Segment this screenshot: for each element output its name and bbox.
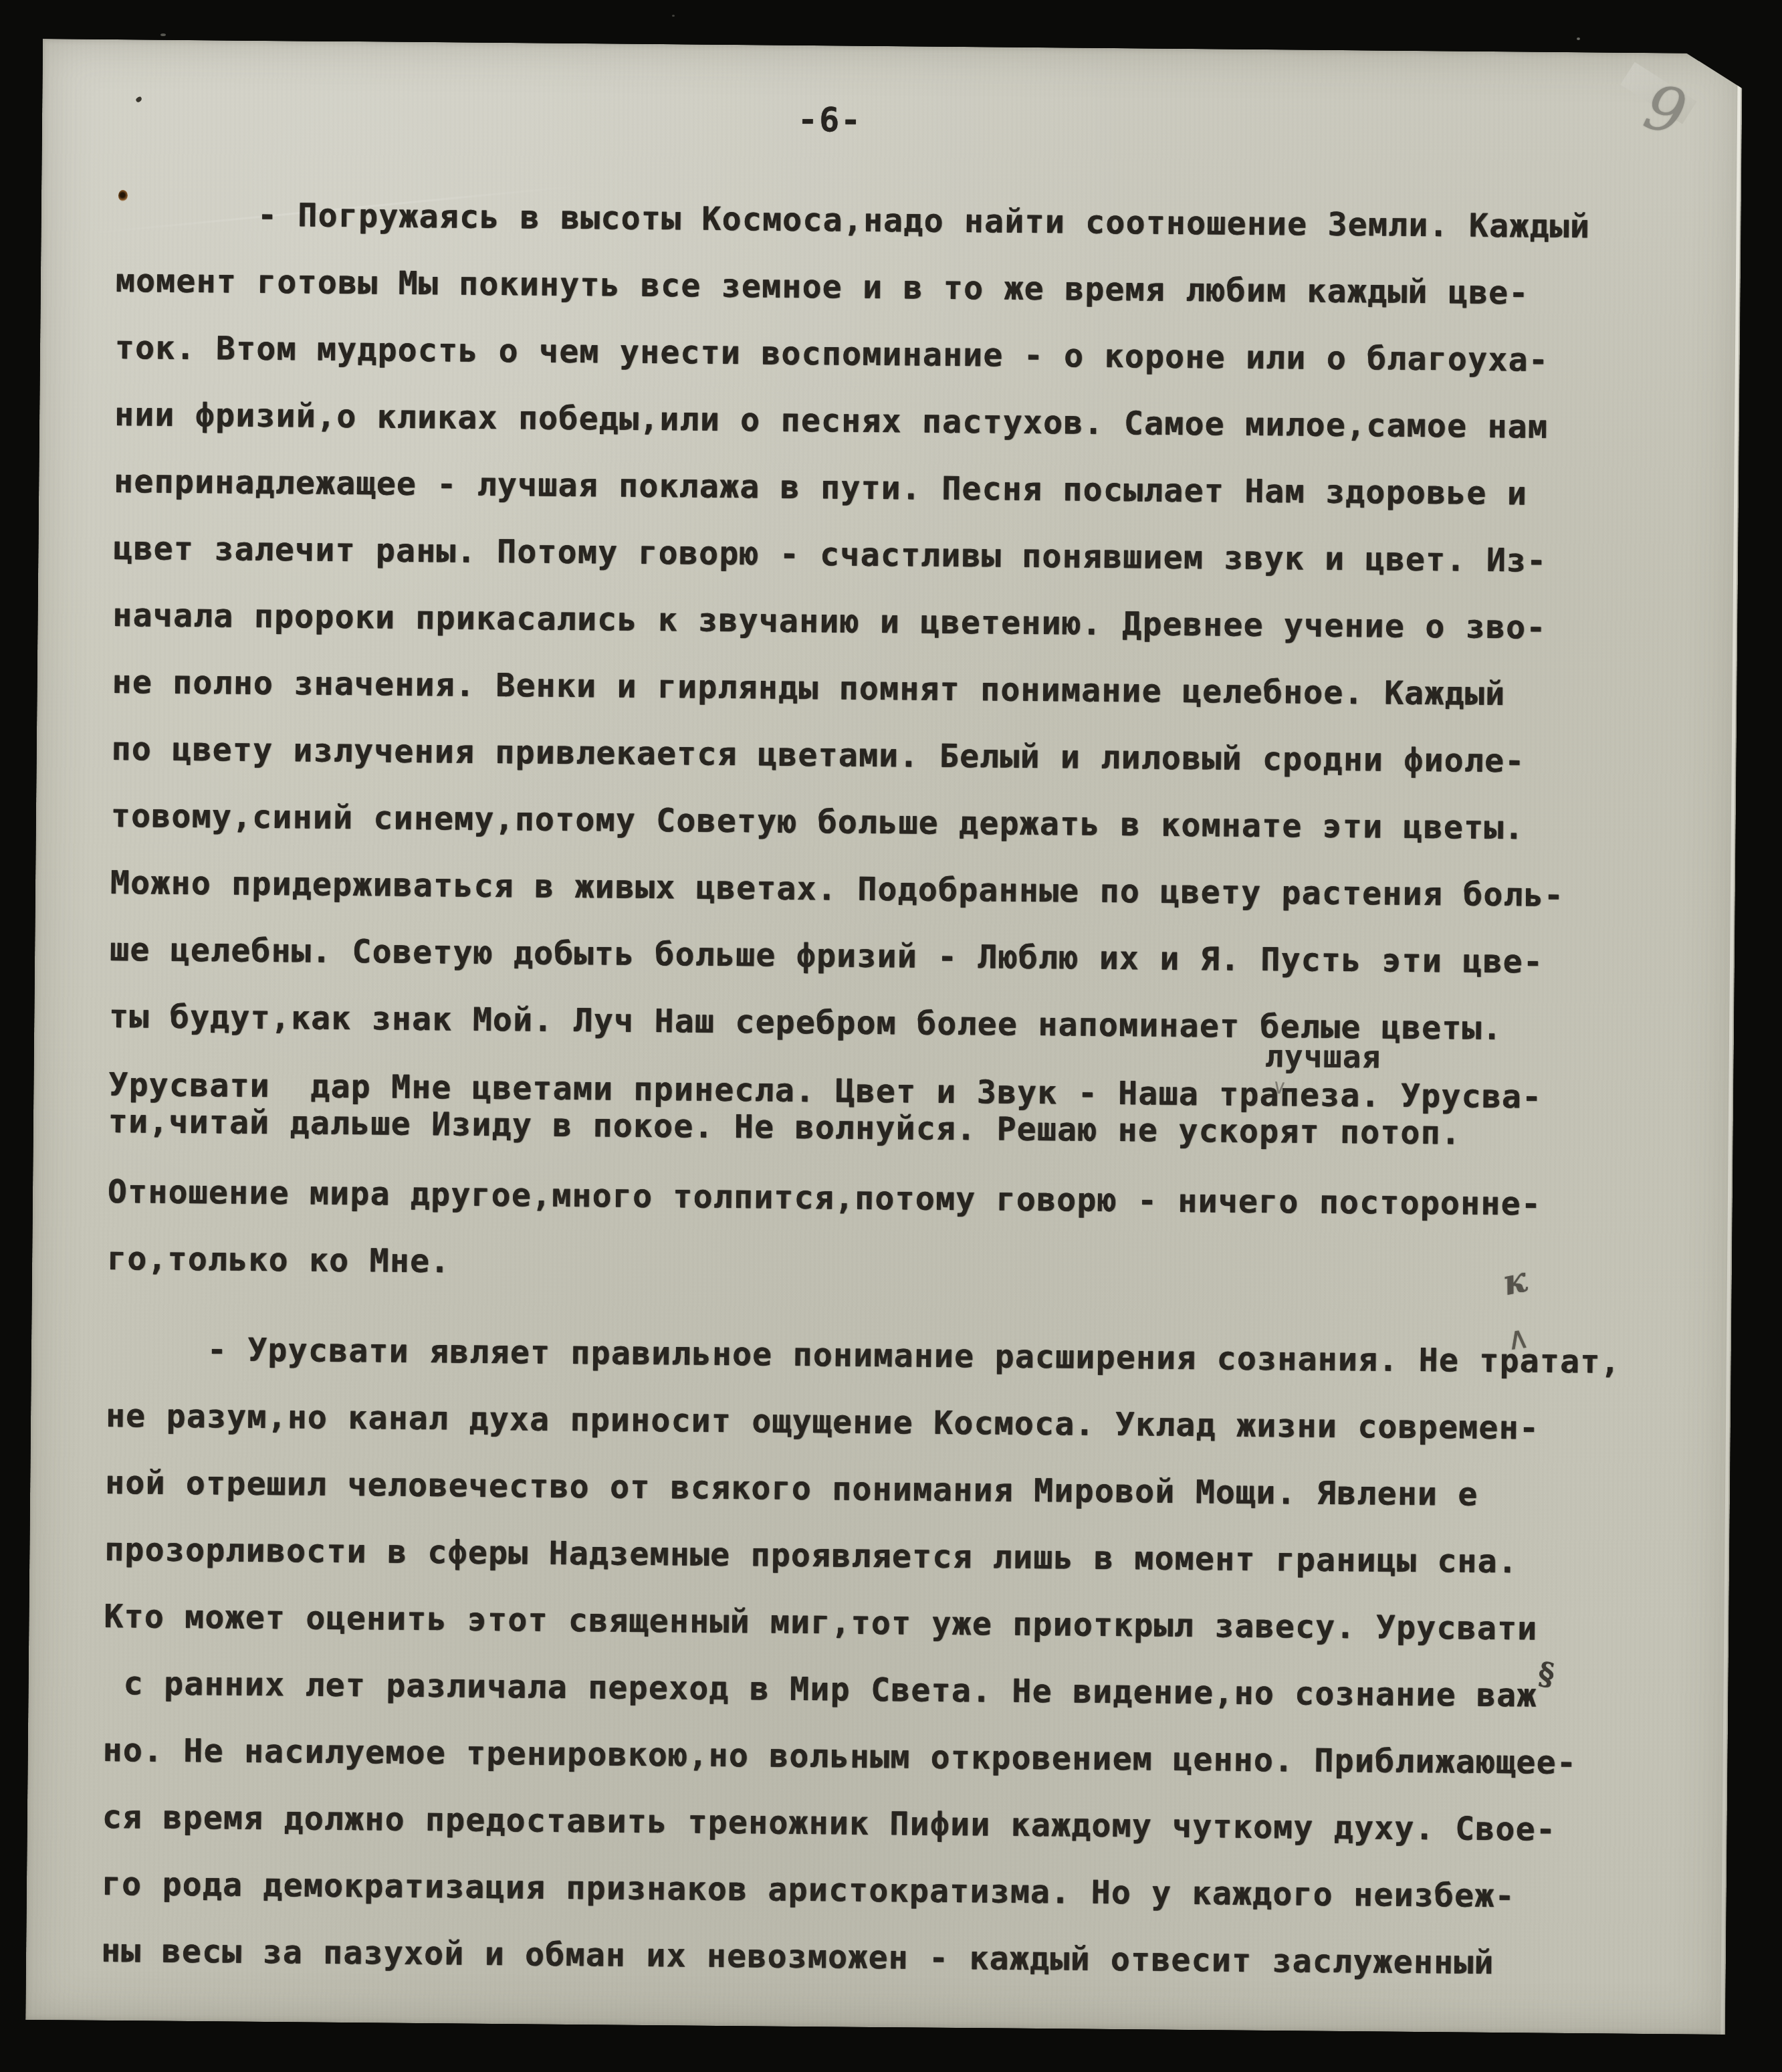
typewritten-line-04: нии фризий,о кликах победы,или о песнях … [114,396,1549,446]
typewritten-line-08: не полно значения. Венки и гирлянды помн… [112,663,1505,713]
typewritten-page: -6- 9 - Погружаясь в высоты Космоса,надо… [25,39,1743,2035]
typewritten-line-12: ше целебны. Советую добыть больше фризий… [110,931,1544,981]
typewritten-line-07: начала пророки прикасались к звучанию и … [112,597,1547,647]
typewritten-line-09: по цвету излучения привлекается цветами.… [111,730,1525,780]
typewritten-line-19: не разум,но канал духа приносит ощущение… [106,1397,1540,1447]
insertion-caret-mark: ∨ [1271,1075,1288,1100]
typewritten-line-11: Можно придерживаться в живых цветах. Под… [110,864,1565,914]
scanned-document: { "page": { "number_label": "-6-", "hand… [0,0,1782,2072]
handwritten-correction-letter: к [1499,1259,1531,1304]
handwritten-caret-mark: ∧ [1505,1318,1531,1357]
typewritten-line-22: Кто может оценить этот священный миг,тот… [104,1598,1538,1648]
typewritten-line-02: момент готовы Мы покинуть все земное и в… [116,262,1529,312]
typewritten-line-17: го,только ко Мне. [107,1240,451,1280]
typewritten-line-06: цвет залечит раны. Потому говорю - счаст… [113,530,1547,580]
typewritten-line-21: прозорливости в сферы Надземные проявляе… [104,1531,1518,1580]
typewritten-line-26: го рода демократизация признаков аристок… [102,1865,1515,1915]
scanner-dust-speck [160,33,166,36]
scanner-dust-speck [1577,37,1580,40]
handwritten-end-mark: § [1535,1655,1557,1693]
typewritten-line-01: - Погружаясь в высоты Космоса,надо найти… [116,195,1590,245]
typewritten-line-05: непринадлежащее - лучшая поклажа в пути.… [114,463,1527,512]
scanner-dust-speck [672,15,675,17]
typewritten-line-10: товому,синий синему,потому Советую больш… [111,797,1525,847]
typewritten-line-16: Отношение мира другое,много толпится,пот… [108,1173,1542,1223]
typewritten-line-27: ны весы за пазухой и обман их невозможен… [101,1932,1494,1982]
typewritten-line-03: ток. Втом мудрость о чем унести воспомин… [115,329,1549,379]
typewritten-line-18: - Урусвати являет правильное понимание р… [106,1330,1621,1381]
paper-speck [135,96,142,103]
typewritten-line-25: ся время должно предоставить треножник П… [102,1798,1557,1849]
typewritten-line-23: с ранних лет различала переход в Мир Све… [103,1665,1537,1715]
typed-interline-insertion: лучшая [1265,1038,1381,1075]
typewritten-line-20: ной отрешил человечество от всякого пони… [105,1464,1478,1514]
paper-edge-highlight [1720,80,1741,2035]
page-number: -6- [798,100,863,140]
typewritten-line-24: но. Не насилуемое тренировкою,но вольным… [102,1732,1577,1782]
